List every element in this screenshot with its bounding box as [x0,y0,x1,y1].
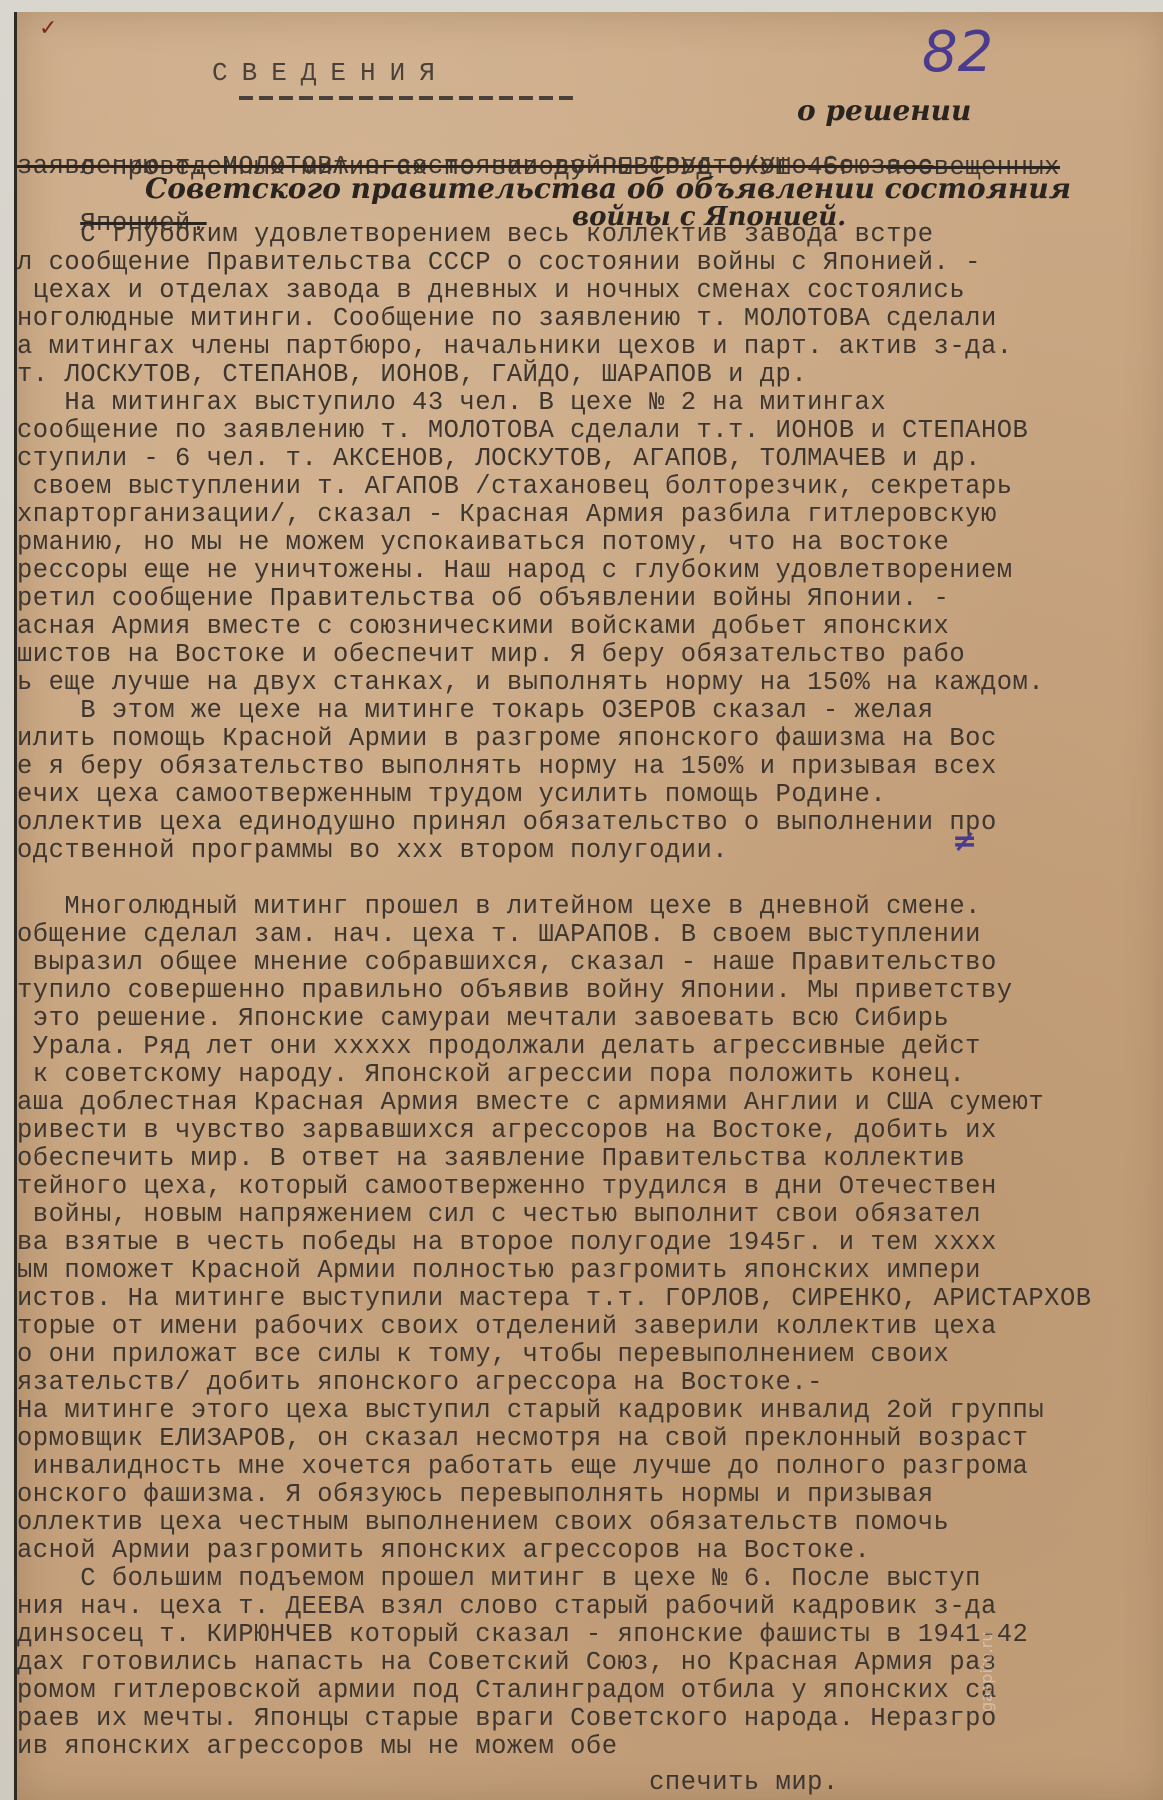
document-page: ✓ 82 СВЕДЕНИЯ о решении о проведенных ми… [14,12,1163,1800]
body-line: т. ЛОСКУТОВ, СТЕПАНОВ, ИОНОВ, ГАЙДО, ШАР… [17,360,807,389]
body-line: раев их мечты. Японцы старые враги Совет… [17,1704,997,1733]
body-line: ормовщик ЕЛИЗАРОВ, он сказал несмотря на… [17,1424,1028,1453]
body-line: спечить мир. [17,1768,839,1797]
handwritten-insert-o-reshenii: о решении [797,94,971,127]
body-line: ым поможет Красной Армии полностью разгр… [17,1256,981,1285]
body-line: общение сделал зам. нач. цеха т. ШАРАПОВ… [17,920,981,949]
body-line: аша доблестная Красная Армия вместе с ар… [17,1088,1044,1117]
body-line: оллектив цеха честным выполнением своих … [17,1508,949,1537]
body-line: хпарторганизации/, сказал - Красная Арми… [17,500,997,529]
body-line: ромом гитлеровской армии под Сталинградо… [17,1676,997,1705]
body-line: Многолюдный митинг прошел в литейном цех… [17,892,981,921]
body-line: ретил сообщение Правительства об объявле… [17,584,949,613]
margin-mark-not-equal: ≠ [952,824,977,859]
body-line: одственной программы во xxx втором полуг… [17,836,728,865]
body-line: оллектив цеха единодушно принял обязател… [17,808,997,837]
body-line: обеспечить мир. В ответ на заявление Пра… [17,1144,965,1173]
body-line: войны, новым напряжением сил с честью вы… [17,1200,981,1229]
title-underline [239,96,573,100]
body-line: л сообщение Правительства СССР о состоян… [17,248,981,277]
body-line: ривести в чувство зарвавшихся агрессоров… [17,1116,997,1145]
body-line: ечих цеха самоотверженным трудом усилить… [17,780,886,809]
body-line: тейного цеха, который самоотверженно тру… [17,1172,997,1201]
body-line: шистов на Востоке и обеспечит мир. Я бер… [17,640,965,669]
body-line: дах готовились напасть на Советский Союз… [17,1648,997,1677]
body-line: На митинге этого цеха выступил старый ка… [17,1396,1044,1425]
body-line: асная Армия вместе с союзническими войск… [17,612,949,641]
document-title: СВЕДЕНИЯ [212,58,449,88]
body-line: тупило совершенно правильно объявив войн… [17,976,1013,1005]
body-line: своем выступлении т. АГАПОВ /стахановец … [17,472,1013,501]
body-line: истов. На митинге выступили мастера т.т.… [17,1284,1092,1313]
body-line: рманию, но мы не можем успокаиваться пот… [17,528,949,557]
body-line: ив японских агрессоров мы не можем обе [17,1732,618,1761]
corner-check-mark: ✓ [39,16,57,41]
watermark: gaspito.ru [977,1632,996,1712]
body-line: онского фашизма. Я обязуюсь перевыполнят… [17,1480,934,1509]
body-line: ва взятые в честь победы на второе полуг… [17,1228,997,1257]
body-line: е я беру обязательство выполнять норму н… [17,752,997,781]
body-line: С глубоким удовлетворением весь коллекти… [17,220,934,249]
body-line: к советскому народу. Японской агрессии п… [17,1060,965,1089]
body-line: а митингах члены партбюро, начальники це… [17,332,1013,361]
body-line: сообщение по заявлению т. МОЛОТОВА сдела… [17,416,1028,445]
body-line: ступили - 6 чел. т. АКСЕНОВ, ЛОСКУТОВ, А… [17,444,981,473]
body-line: выразил общее мнение собравшихся, сказал… [17,948,997,977]
body-line: С большим подъемом прошел митинг в цехе … [17,1564,981,1593]
body-line: цехах и отделах завода в дневных и ночны… [17,276,965,305]
body-line: ь еще лучше на двух станках, и выполнять… [17,668,1044,697]
body-line: о они приложат все силы к тому, чтобы пе… [17,1340,949,1369]
body-line: ноголюдные митинги. Сообщение по заявлен… [17,304,997,333]
body-line: ния нач. цеха т. ДЕЕВА взял слово старый… [17,1592,997,1621]
body-line: В этом же цехе на митинге токарь ОЗЕРОВ … [17,696,934,725]
body-line: рессоры еще не уничтожены. Наш народ с г… [17,556,1013,585]
body-line: торые от имени рабочих своих отделений з… [17,1312,997,1341]
body-line: это решение. Японские самураи мечтали за… [17,1004,949,1033]
handwritten-correction-line-1: Советского правительства об объявлении с… [145,172,1071,205]
body-line: На митингах выступило 43 чел. В цехе № 2… [17,388,886,417]
body-line: язательств/ добить японского агрессора н… [17,1368,823,1397]
body-line: Урала. Ряд лет они xxxxx продолжали дела… [17,1032,981,1061]
body-line: илить помощь Красной Армии в разгроме яп… [17,724,997,753]
body-line: динsocец т. КИРЮНЧЕВ который сказал - яп… [17,1620,1028,1649]
body-line: инвалидность мне хочется работать еще лу… [17,1452,1028,1481]
page-number: 82 [922,20,993,85]
body-line: асной Армии разгромить японских агрессор… [17,1536,870,1565]
